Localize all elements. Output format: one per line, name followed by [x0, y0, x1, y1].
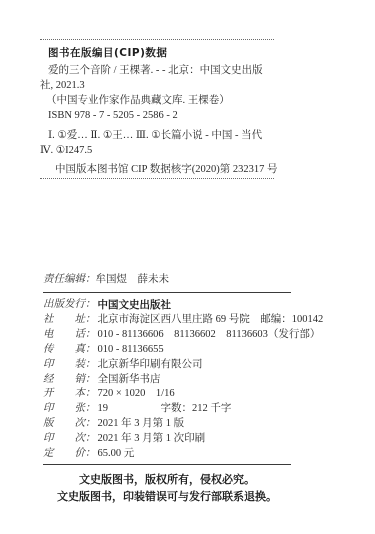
- notice-line-returns: 文史版图书，印装错误可与发行部联系退换。: [43, 489, 291, 506]
- row-label: 印 装：: [43, 358, 96, 373]
- cip-bottom-dotted-rule: [40, 178, 274, 179]
- row-value: 2021 年 3 月第 1 版: [96, 417, 185, 432]
- book-copyright-page: 图书在版编目(CIP)数据 爱的三个音阶 / 王棵著. - - 北京：中国文史出…: [0, 0, 375, 534]
- row-value: 19 字数：212 千字: [96, 402, 232, 417]
- cip-series: （中国专业作家作品典藏文库. 王棵卷）: [40, 93, 340, 108]
- row-label: 传 真：: [43, 343, 96, 358]
- row-label: 定 价：: [43, 447, 96, 462]
- row-label: 出版发行：: [43, 298, 96, 313]
- row-label: 版 次：: [43, 417, 96, 432]
- editor-names: 牟国煜 薛未未: [96, 274, 170, 285]
- row-label: 电 话：: [43, 328, 96, 343]
- editor-label: 责任编辑：: [43, 274, 96, 285]
- row-value: 中国文史出版社: [96, 298, 172, 313]
- row-value: 010 - 81136655: [96, 343, 164, 358]
- row-value: 全国新华书店: [96, 373, 161, 388]
- colophon-row-phone: 电 话： 010 - 81136606 81136602 81136603（发行…: [43, 328, 353, 343]
- colophon-row-edition: 版 次： 2021 年 3 月第 1 版: [43, 417, 353, 432]
- colophon-row-publisher: 出版发行： 中国文史出版社: [43, 298, 353, 313]
- cip-classification-line2: Ⅳ. ①I247.5: [40, 143, 340, 158]
- row-label: 经 销：: [43, 373, 96, 388]
- colophon-row-printer: 印 装： 北京新华印刷有限公司: [43, 358, 353, 373]
- cip-title-line2: 社, 2021.3: [40, 78, 340, 93]
- row-value: 720 × 1020 1/16: [96, 387, 175, 402]
- row-label: 印 张：: [43, 402, 96, 417]
- row-value: 北京新华印刷有限公司: [96, 358, 203, 373]
- cip-top-dotted-rule: [40, 39, 274, 40]
- row-value: 010 - 81136606 81136602 81136603（发行部）: [96, 328, 321, 343]
- colophon-row-address: 社 址： 北京市海淀区西八里庄路 69 号院 邮编：100142: [43, 313, 353, 328]
- cip-title-line1: 爱的三个音阶 / 王棵著. - - 北京：中国文史出版: [40, 63, 340, 78]
- cip-block: 爱的三个音阶 / 王棵著. - - 北京：中国文史出版 社, 2021.3 （中…: [40, 63, 340, 158]
- cip-classification-line1: Ⅰ. ①爱… Ⅱ. ①王… Ⅲ. ①长篇小说 - 中国 - 当代: [40, 128, 340, 143]
- notice-line-copyright: 文史版图书，版权所有，侵权必究。: [43, 472, 291, 489]
- cip-record-number: 中国版本图书馆 CIP 数据核字(2020)第 232317 号: [55, 161, 277, 176]
- colophon-row-impression: 印 次： 2021 年 3 月第 1 次印刷: [43, 432, 353, 447]
- colophon-row-fax: 传 真： 010 - 81136655: [43, 343, 353, 358]
- row-label: 印 次：: [43, 432, 96, 447]
- row-value: 北京市海淀区西八里庄路 69 号院 邮编：100142: [96, 313, 324, 328]
- colophon-row-price: 定 价： 65.00 元: [43, 447, 353, 462]
- row-label: 开 本：: [43, 387, 96, 402]
- colophon-row-format: 开 本： 720 × 1020 1/16: [43, 387, 353, 402]
- colophon-row-sheets: 印 张： 19 字数：212 千字: [43, 402, 353, 417]
- cip-isbn: ISBN 978 - 7 - 5205 - 2586 - 2: [40, 108, 340, 123]
- colophon: 出版发行： 中国文史出版社 社 址： 北京市海淀区西八里庄路 69 号院 邮编：…: [43, 298, 353, 462]
- editor-divider-rule: [43, 292, 291, 293]
- price-divider-rule: [43, 464, 291, 465]
- editor-row: 责任编辑：牟国煜 薛未未: [43, 271, 169, 286]
- cip-header: 图书在版编目(CIP)数据: [48, 45, 167, 60]
- row-value: 2021 年 3 月第 1 次印刷: [96, 432, 206, 447]
- row-label: 社 址：: [43, 313, 96, 328]
- row-value: 65.00 元: [96, 447, 135, 462]
- colophon-row-distributor: 经 销： 全国新华书店: [43, 373, 353, 388]
- copyright-notices: 文史版图书，版权所有，侵权必究。 文史版图书，印装错误可与发行部联系退换。: [43, 472, 291, 505]
